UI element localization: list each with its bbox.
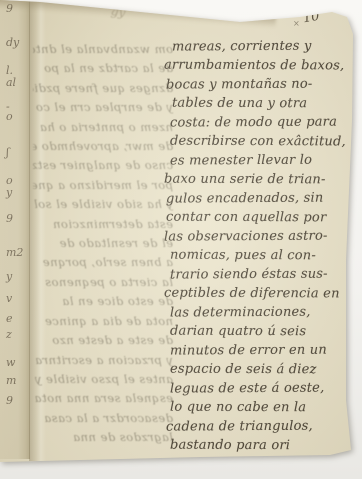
manuscript-line: contar con aquellas por bbox=[163, 208, 355, 228]
bleedthrough-line: nzem o pnnteria o ha bbox=[33, 118, 173, 137]
manuscript-line: costa: de modo que para bbox=[163, 112, 355, 132]
manuscript-page: 9dyl.al-oʃoy9m2yvezwm9 om wzanbvanla el … bbox=[0, 0, 362, 479]
facing-page-edge: 9dyl.al-oʃoy9m2yvezwm9 bbox=[0, 0, 30, 459]
manuscript-line: las observaciones astro- bbox=[163, 226, 355, 246]
bleedthrough-line: antes el pzso visible y bbox=[33, 370, 173, 389]
manuscript-line: cadena de triangulos, bbox=[163, 416, 355, 436]
bleedthrough-line: por el meridizno a qne bbox=[33, 176, 173, 195]
edge-fragment: w bbox=[6, 356, 15, 369]
bleedthrough-line: de mwr, aprovehmdo el bbox=[33, 137, 173, 156]
manuscript-line: tables de una y otra bbox=[163, 94, 355, 114]
bleedthrough-line: y ha sido visible el sol bbox=[33, 195, 173, 214]
bleedthrough-line: y przacion a escritnra bbox=[33, 351, 173, 370]
bleedthrough-line: a bnen serlo, porqne bbox=[33, 253, 173, 272]
edge-fragment: v bbox=[6, 292, 12, 305]
ink-corner-mark: × bbox=[293, 19, 300, 28]
edge-fragment: z bbox=[6, 328, 12, 341]
manuscript-line: minutos de error en un bbox=[163, 340, 355, 360]
bleedthrough-line: de este a deste nzo bbox=[33, 331, 173, 350]
bleedthrough-line: esqnela sera nna nota bbox=[33, 389, 173, 408]
manuscript-line: lo que no cabe en la bbox=[163, 398, 355, 418]
manuscript-line: ceptibles de diferencia en bbox=[163, 284, 355, 304]
manuscript-line: bocas y montañas no- bbox=[163, 74, 355, 94]
manuscript-line: trario siendo éstas sus- bbox=[163, 264, 355, 284]
manuscript-text: mareas, corrientes yarrumbamientos de ba… bbox=[163, 37, 355, 455]
bleedthrough-line: dznges que fnere pzdidz bbox=[33, 79, 173, 98]
bleedthrough-line: de la cartdz en la po bbox=[33, 59, 173, 78]
bleedthrough-line: cnso de qnalgnier estza bbox=[33, 156, 173, 175]
edge-fragment: ʃ bbox=[6, 146, 9, 159]
manuscript-line: las determinaciones, bbox=[163, 302, 355, 322]
bleedthrough-line: y de enrplea crn el co bbox=[33, 98, 173, 117]
bleedthrough-line: de esto dice en la bbox=[33, 292, 173, 311]
manuscript-line: mareas, corrientes y bbox=[163, 36, 355, 56]
edge-fragment: m2 bbox=[6, 246, 23, 259]
edge-fragment: y bbox=[6, 186, 12, 199]
edge-fragment: y bbox=[6, 270, 12, 283]
bleedthrough-line: desacordzr a la casa bbox=[33, 409, 173, 428]
bleedthrough-line: esta determinzcion bbox=[33, 215, 173, 234]
edge-fragment: e bbox=[6, 312, 13, 325]
manuscript-line: darian quatro ú seis bbox=[163, 322, 355, 342]
manuscript-line: nomicas, pues al con- bbox=[163, 246, 355, 266]
manuscript-line: bastando para ori bbox=[163, 436, 355, 456]
manuscript-line: espacio de seis á diez bbox=[163, 360, 355, 380]
manuscript-scan: 9dyl.al-oʃoy9m2yvezwm9 om wzanbvanla el … bbox=[0, 0, 362, 479]
page-number: 10 bbox=[302, 9, 321, 27]
manuscript-line: es menester llevar lo bbox=[163, 150, 355, 170]
edge-fragment: o bbox=[6, 110, 13, 123]
pencil-mark: gy bbox=[110, 4, 126, 20]
bleedthrough-text: om wzanbvanla el dntode la cartdz en la … bbox=[33, 40, 173, 448]
bleedthrough-line: lagrzdos de nna bbox=[33, 428, 173, 447]
manuscript-line: baxo una serie de trian- bbox=[163, 170, 355, 190]
manuscript-line: describirse con exâctitud, bbox=[163, 132, 355, 152]
manuscript-line: gulos encadenados, sin bbox=[163, 188, 355, 208]
bleedthrough-line: nota de dia a qnince bbox=[33, 312, 173, 331]
bleedthrough-line: la cierta o peqnenos bbox=[33, 273, 173, 292]
bleedthrough-line: om wzanbvanla el dnto bbox=[33, 40, 173, 59]
edge-fragment: al bbox=[6, 76, 16, 89]
edge-fragment: dy bbox=[6, 36, 19, 49]
edge-fragment: 9 bbox=[6, 212, 13, 225]
manuscript-line: arrumbamientos de baxos, bbox=[163, 56, 355, 76]
manuscript-line: leguas de este á oeste, bbox=[163, 378, 355, 398]
page-wrapper: 9dyl.al-oʃoy9m2yvezwm9 om wzanbvanla el … bbox=[0, 0, 362, 479]
bleedthrough-line: el de resnltado de bbox=[33, 234, 173, 253]
edge-fragment: 9 bbox=[6, 394, 13, 407]
edge-fragment: m bbox=[6, 374, 16, 387]
